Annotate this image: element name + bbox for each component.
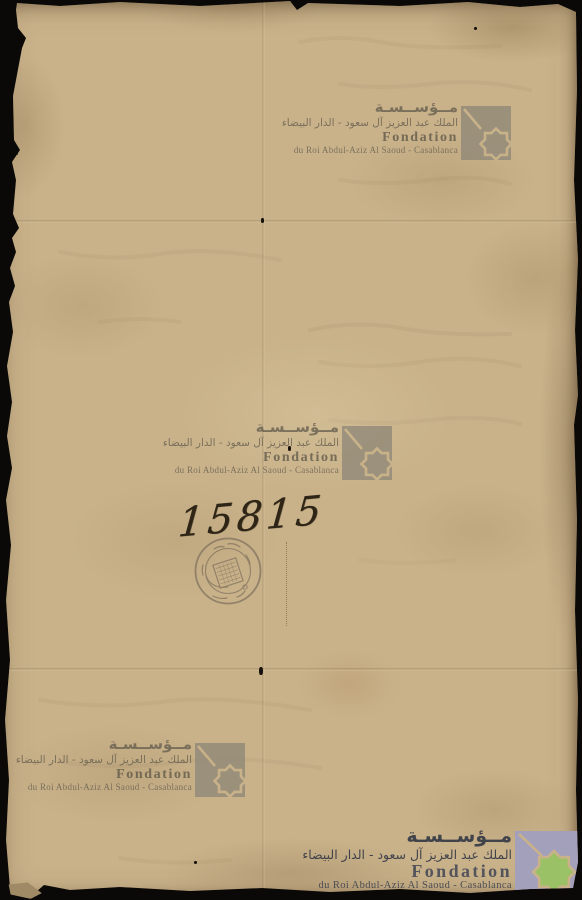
paper-sheet: مــؤســسـة الملك عبد العزيز آل سعود - ال… <box>0 0 582 900</box>
vertical-fold-crease <box>262 2 265 890</box>
watermark-latin-title: Fondation <box>0 767 192 782</box>
paper-speck <box>15 151 18 155</box>
watermark-foundation-top-right: مــؤســسـة الملك عبد العزيز آل سعود - ال… <box>266 99 515 163</box>
paper-speck <box>259 667 263 675</box>
paper-speck <box>194 861 197 864</box>
foundation-logo-icon <box>461 106 515 163</box>
watermark-latin-title: Fondation <box>284 862 512 880</box>
foundation-logo-icon <box>342 426 396 483</box>
foundation-logo-icon <box>515 831 581 895</box>
watermark-latin-title: Fondation <box>266 130 458 145</box>
paper-speck <box>288 446 291 451</box>
watermark-text-block: مــؤســسـة الملك عبد العزيز آل سعود - ال… <box>0 736 192 793</box>
watermark-latin-title: Fondation <box>147 450 339 465</box>
watermark-foundation-middle: مــؤســسـة الملك عبد العزيز آل سعود - ال… <box>147 419 396 483</box>
watermark-arabic-subtitle: الملك عبد العزيز آل سعود - الدار البيضاء <box>266 116 458 130</box>
paper-speck <box>261 218 264 223</box>
watermark-foundation-bottom-right: مــؤســسـة الملك عبد العزيز آل سعود - ال… <box>284 826 581 895</box>
watermark-arabic-title: مــؤســسـة <box>147 419 339 436</box>
watermark-arabic-subtitle: الملك عبد العزيز آل سعود - الدار البيضاء <box>284 847 512 862</box>
watermark-latin-subtitle: du Roi Abdul-Aziz Al Saoud - Casablanca <box>266 145 458 156</box>
watermark-latin-subtitle: du Roi Abdul-Aziz Al Saoud - Casablanca <box>147 465 339 476</box>
watermark-arabic-subtitle: الملك عبد العزيز آل سعود - الدار البيضاء <box>147 436 339 450</box>
watermark-arabic-title: مــؤســسـة <box>284 826 512 847</box>
watermark-text-block: مــؤســسـة الملك عبد العزيز آل سعود - ال… <box>147 419 339 476</box>
watermark-foundation-lower-left: مــؤســسـة الملك عبد العزيز آل سعود - ال… <box>0 736 249 800</box>
watermark-arabic-title: مــؤســسـة <box>0 736 192 753</box>
watermark-text-block: مــؤســسـة الملك عبد العزيز آل سعود - ال… <box>284 826 512 892</box>
paper-stain-texture <box>0 0 582 900</box>
foundation-logo-icon <box>195 743 249 800</box>
paper-speck <box>474 27 477 30</box>
dotted-crease-mark <box>286 542 287 626</box>
round-ink-seal <box>192 535 266 609</box>
scanned-document: مــؤســسـة الملك عبد العزيز آل سعود - ال… <box>0 0 582 900</box>
watermark-arabic-subtitle: الملك عبد العزيز آل سعود - الدار البيضاء <box>0 753 192 767</box>
horizontal-fold-crease-upper <box>6 220 577 223</box>
watermark-latin-subtitle: du Roi Abdul-Aziz Al Saoud - Casablanca <box>284 880 512 892</box>
bleed-through-texture <box>0 0 582 900</box>
watermark-text-block: مــؤســسـة الملك عبد العزيز آل سعود - ال… <box>266 99 458 156</box>
watermark-arabic-title: مــؤســسـة <box>266 99 458 116</box>
horizontal-fold-crease-lower <box>6 668 577 671</box>
watermark-latin-subtitle: du Roi Abdul-Aziz Al Saoud - Casablanca <box>0 782 192 793</box>
